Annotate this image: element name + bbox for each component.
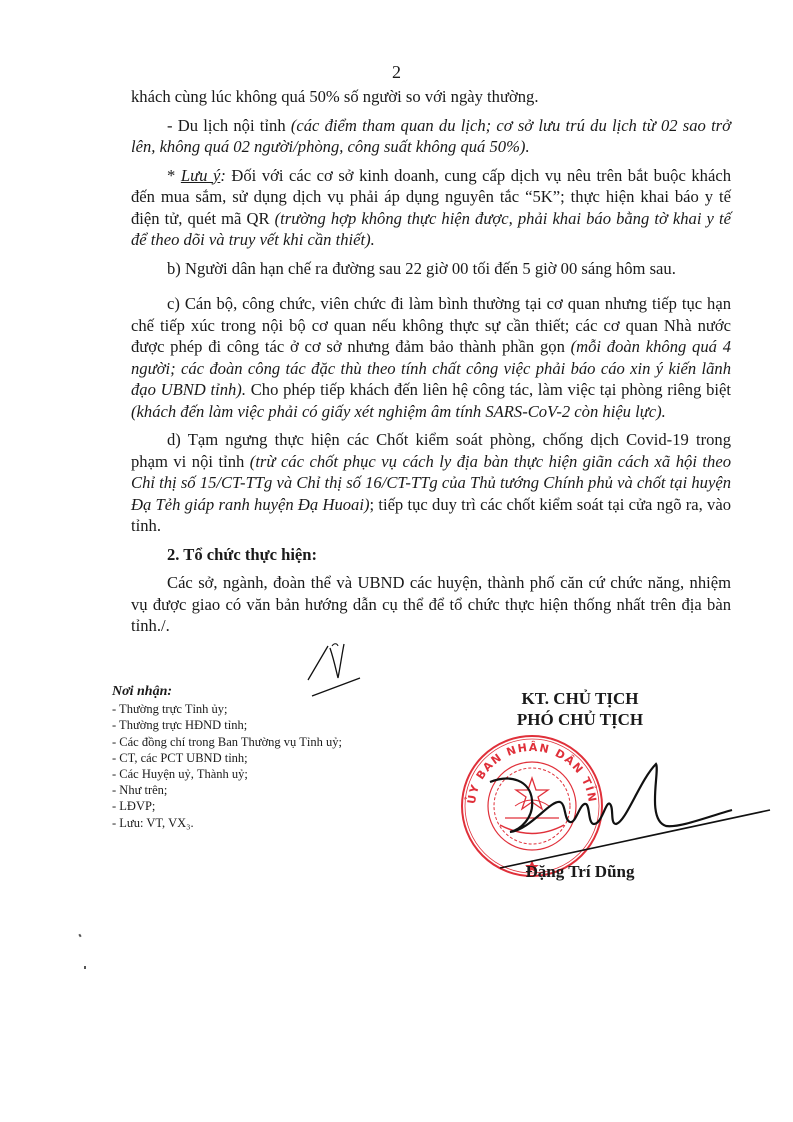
scan-speck <box>78 934 81 938</box>
paragraph-c: c) Cán bộ, công chức, viên chức đi làm b… <box>131 293 731 422</box>
scan-speck <box>84 966 86 969</box>
recipient-item: - Các đồng chí trong Ban Thường vụ Tỉnh … <box>112 734 342 750</box>
paragraph-d: d) Tạm ngưng thực hiện các Chốt kiểm soá… <box>131 429 731 537</box>
recipient-item: - Lưu: VT, VX₃. <box>112 815 342 831</box>
note-colon: : <box>220 166 231 185</box>
section-heading: 2. Tổ chức thực hiện: <box>131 544 731 566</box>
signature-line-1: KT. CHỦ TỊCH <box>470 688 690 709</box>
c-part-c: Cho phép tiếp khách đến liên hệ công tác… <box>246 380 731 399</box>
document-body: khách cùng lúc không quá 50% số người so… <box>131 86 731 637</box>
signature-line-2: PHÓ CHỦ TỊCH <box>470 709 690 730</box>
page-number: 2 <box>0 62 793 83</box>
recipient-item: - CT, các PCT UBND tỉnh; <box>112 750 342 766</box>
recipient-item: - Như trên; <box>112 782 342 798</box>
paragraph-note: * Lưu ý: Đối với các cơ sở kinh doanh, c… <box>131 165 731 251</box>
paragraph-continuation: khách cùng lúc không quá 50% số người so… <box>131 86 731 108</box>
recipient-item: - Thường trực HĐND tỉnh; <box>112 717 342 733</box>
note-star: * <box>167 166 181 185</box>
paragraph-tourism: - Du lịch nội tỉnh (các điểm tham quan d… <box>131 115 731 158</box>
paragraph-implementation: Các sở, ngành, đoàn thể và UBND các huyệ… <box>131 572 731 637</box>
c-part-d: (khách đến làm việc phải có giấy xét ngh… <box>131 402 666 421</box>
recipient-item: - LĐVP; <box>112 798 342 814</box>
note-label: Lưu ý <box>181 166 220 185</box>
recipient-item: - Các Huyện uỷ, Thành uỷ; <box>112 766 342 782</box>
signature-title: KT. CHỦ TỊCH PHÓ CHỦ TỊCH <box>470 688 690 730</box>
tourism-lead: - Du lịch nội tỉnh <box>167 116 291 135</box>
recipients-title: Nơi nhận: <box>112 684 342 700</box>
recipients-block: Nơi nhận: - Thường trực Tỉnh ủy; - Thườn… <box>112 684 342 831</box>
recipient-item: - Thường trực Tỉnh ủy; <box>112 701 342 717</box>
paragraph-b: b) Người dân hạn chế ra đường sau 22 giờ… <box>131 258 731 280</box>
signer-name: Đặng Trí Dũng <box>470 862 690 882</box>
